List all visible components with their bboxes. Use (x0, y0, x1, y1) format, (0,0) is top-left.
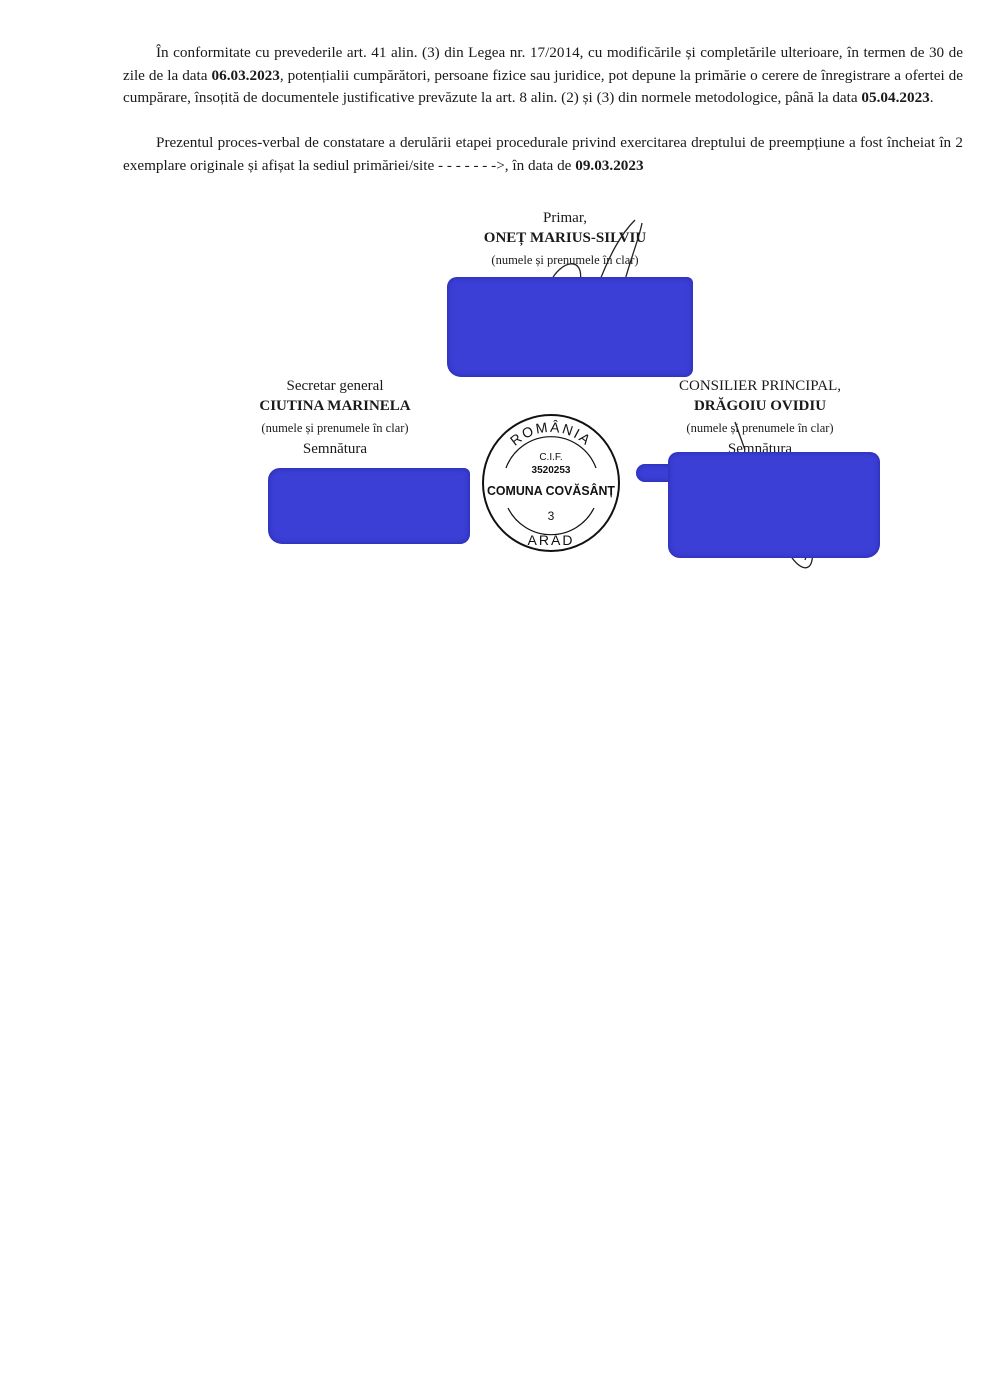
signatory-name: CIUTINA MARINELA (225, 396, 445, 416)
stamp-bottom-text: ARAD (528, 532, 575, 548)
stamp-cif-label: C.I.F. (539, 452, 562, 463)
stamp-cif: 3520253 (532, 465, 571, 476)
paragraph-posting: Prezentul proces-verbal de constatare a … (123, 132, 963, 177)
signatory-note: (numele și prenumele în clar) (440, 248, 690, 272)
signatory-title: Primar, (440, 208, 690, 228)
signatory-name: DRĂGOIU OVIDIU (640, 396, 880, 416)
redacted-signature-consilier (668, 452, 880, 558)
paragraph-text: . (930, 89, 934, 106)
signatory-note: (numele și prenumele în clar) (640, 416, 880, 440)
signatory-note: (numele și prenumele în clar) (225, 416, 445, 440)
paragraph-offer-deadline: În conformitate cu prevederile art. 41 a… (123, 42, 963, 110)
start-date: 06.03.2023 (212, 67, 280, 84)
official-stamp: ROMÂNIA C.I.F. 3520253 COMUNA COVĂSÂNȚ 3… (478, 408, 624, 558)
signature-block-primar: Primar, ONEȚ MARIUS-SILVIU (numele și pr… (440, 208, 690, 272)
signature-label: Semnătura (225, 440, 445, 458)
signature-block-secretar: Secretar general CIUTINA MARINELA (numel… (225, 376, 445, 458)
signatory-title: CONSILIER PRINCIPAL, (640, 376, 880, 396)
redacted-signature-secretar (268, 468, 470, 544)
stamp-number: 3 (548, 509, 555, 523)
stamp-commune: COMUNA COVĂSÂNȚ (487, 483, 615, 498)
posting-date: 09.03.2023 (575, 157, 643, 174)
end-date: 05.04.2023 (861, 89, 929, 106)
paragraph-text: Prezentul proces-verbal de constatare a … (123, 134, 963, 174)
signatory-name: ONEȚ MARIUS-SILVIU (440, 228, 690, 248)
redacted-signature-primar (447, 277, 693, 377)
signature-block-consilier: CONSILIER PRINCIPAL, DRĂGOIU OVIDIU (num… (640, 376, 880, 458)
signatory-title: Secretar general (225, 376, 445, 396)
